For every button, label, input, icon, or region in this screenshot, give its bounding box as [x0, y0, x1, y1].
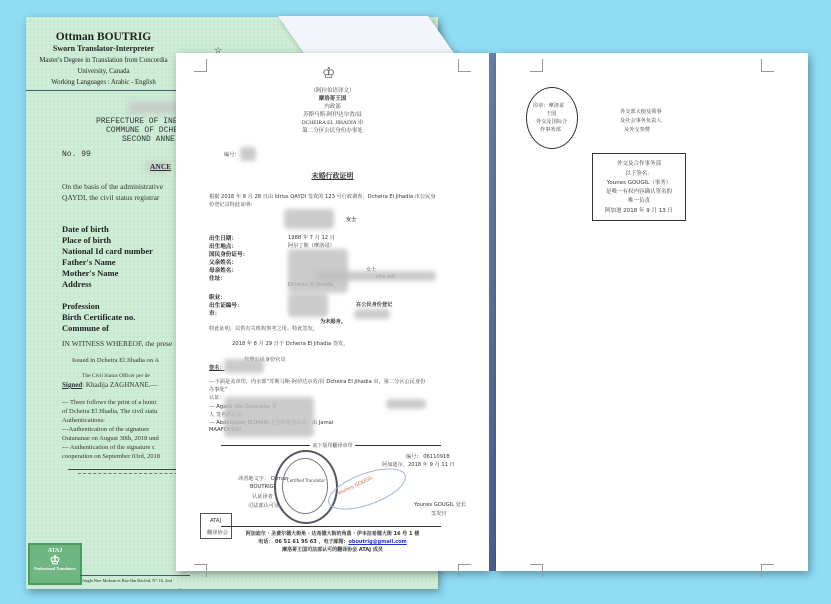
- crop-mark: [530, 59, 543, 72]
- note-line: 认证：: [209, 394, 225, 401]
- redacted-block: [354, 309, 390, 319]
- field-label: Father's Name: [62, 257, 116, 267]
- note-line: ---下面是盖章印，内水部“苏斯马斯-阿伊达尔省/县 Dcheira El Ji…: [209, 378, 425, 385]
- translator-name: Ottman BOUTRIG: [26, 31, 181, 43]
- translation-date: 阿加迪尔，2018 年 9 月 11 日: [382, 461, 455, 468]
- number-label: 编号：: [224, 151, 240, 158]
- name-suffix: 女士: [346, 216, 356, 223]
- intro-text-2: 份登记员特此证明：: [209, 201, 256, 208]
- box-line: 阿加迪 2018 年 9 月 13 日: [593, 206, 685, 214]
- seal-section-title-text: 底下版印翻译章印: [310, 443, 354, 449]
- header-line: 内政部: [176, 102, 489, 110]
- header-line: 苏斯马斯-阿伊达尔省/县: [176, 110, 489, 118]
- field-label: Date of birth: [62, 224, 109, 234]
- footer-phone-email: ☎ : 06 51 61 95 63 – E-mail : oboutrig@g…: [176, 588, 329, 589]
- footer-email-link[interactable]: oboutrig@gmail.com: [348, 539, 406, 545]
- translator-line: 司法部认可证: [248, 502, 279, 509]
- field-label: National Id card number: [62, 246, 153, 256]
- crown-emblem-icon: ♔: [322, 64, 335, 83]
- prefecture-line-2: COMMUNE OF DCHE: [106, 126, 178, 135]
- crop-mark: [458, 59, 471, 72]
- redacted-block: [288, 293, 328, 317]
- signed-line: Signed: Khadija ZAGHNANE.—: [62, 381, 157, 389]
- translator-line: BOUTRIG: [250, 484, 274, 490]
- crop-mark: [530, 564, 543, 577]
- ministry-line: 及外交参赞: [624, 126, 650, 133]
- note-line: cooperation on September 03rd, 2018: [62, 453, 160, 460]
- signer-name: Younes GOUGIL 处长: [414, 501, 466, 508]
- seal-inner-text: Certified Translator: [284, 478, 328, 483]
- translator-title: Sworn Translator-Interpreter: [26, 44, 181, 53]
- certificate-number: No. 99: [62, 150, 91, 159]
- crown-icon: ♔: [30, 554, 80, 566]
- box-line: 外交及合作事务部: [593, 159, 685, 167]
- degree-line-2: University, Canada: [26, 68, 181, 75]
- background-paper-corner: [278, 16, 456, 56]
- crop-mark: [194, 564, 207, 577]
- box-line: 唯一负责: [593, 196, 685, 204]
- header-line: DCHEIRA EL JIHADIA 市: [176, 118, 489, 126]
- footer-address: Angle Rue Mohsin et Rue Ibn Rachid, N° 1…: [82, 578, 172, 583]
- footer-rule: [221, 526, 441, 527]
- note-line: Authentications:: [62, 417, 105, 424]
- signed-name: : Khadija ZAGHNANE.—: [82, 381, 157, 389]
- note-line: --- There follows the print of a humi: [62, 399, 156, 406]
- header-line: 第二分区公民身份办事处: [176, 126, 489, 134]
- signed-label: 签名：: [209, 364, 225, 371]
- field-label: 父亲姓名：: [209, 258, 237, 266]
- field-value: 阿尔丁斯（摩洛哥）: [288, 242, 335, 249]
- translator-seal: Certified Translator: [274, 450, 338, 524]
- intro-text: 根据 2018 年 8 月 28 日由 Idriss QAYDI 签发的 123…: [209, 193, 436, 200]
- oval-line: 王国: [546, 110, 556, 117]
- signature-scribble: [323, 460, 411, 518]
- oval-line: 作事务部: [540, 126, 561, 133]
- document-title: 未婚行政证明: [176, 171, 489, 181]
- box-line: 是唯一有权内容确认签名的: [593, 187, 685, 195]
- prefecture-line-1: PREFECTURE OF INE: [96, 117, 178, 126]
- redacted-block: [240, 147, 256, 161]
- field-label: Profession: [62, 301, 100, 311]
- redacted-block: [316, 271, 436, 281]
- footer-address: 阿加迪尔 · 圣费尔德大街角 · 达希德大街的角落 · 伊本拉希德大街 16 号…: [176, 530, 489, 537]
- field-label: Birth Certificate no.: [62, 312, 135, 322]
- field-label: 市：: [209, 309, 220, 317]
- crop-mark: [761, 59, 774, 72]
- redacted-block: [224, 359, 264, 373]
- crop-mark: [761, 564, 774, 577]
- note-line: 办事处”: [209, 386, 227, 393]
- crop-mark: [458, 564, 471, 577]
- field-label: 出生证编号：: [209, 301, 243, 309]
- oval-line: 印章：摩洛哥: [533, 102, 564, 109]
- field-label: 出生地点：: [209, 242, 237, 250]
- signer-title: 签发官: [431, 510, 447, 517]
- officer-line: The Civil Status Officer per de: [82, 373, 150, 379]
- redacted-block: [224, 397, 314, 437]
- note-line: --- Authentication of the signature c: [62, 444, 155, 451]
- note-line: of Dcheira El Jihadia, The civil statu: [62, 408, 157, 415]
- field-label: Address: [62, 279, 92, 289]
- field-value: 1988 年 7 月 12 日: [288, 234, 335, 241]
- ministry-seal-oval: 印章：摩洛哥 王国 外交及国际合 作事务部: [526, 87, 578, 149]
- degree-line-1: Master's Degree in Translation from Conc…: [26, 57, 181, 64]
- ataj-stamp: ATAJ ♔ Professional Translators: [28, 543, 82, 585]
- page-divider: [489, 53, 496, 571]
- field-label: Place of birth: [62, 235, 111, 245]
- note-line: Outananae on August 30th, 2018 und: [62, 435, 159, 442]
- reference-number: 编号： 06110918: [406, 453, 450, 460]
- redacted-block: [284, 209, 334, 229]
- intro-line-1: On the basis of the administrative: [62, 182, 163, 191]
- box-line: 以下签名：: [593, 169, 685, 177]
- footer-phone: 电话： 06 51 61 95 63 ，电子邮箱：: [258, 539, 348, 545]
- marital-status: 为未婚身。: [320, 318, 346, 325]
- witness-line: IN WITNESS WHEREOF, the prese: [62, 339, 172, 348]
- document-title-fragment: ANCE: [150, 162, 171, 171]
- prefecture-line-3: SECOND ANNE: [122, 135, 175, 144]
- issued-line: Issued in Dcheira El Jihadia on A: [72, 357, 159, 364]
- field-label: 出生日期：: [209, 234, 237, 242]
- header-line: 摩洛哥王国: [176, 94, 489, 102]
- oval-line: 外交及国际合: [536, 118, 567, 125]
- working-languages: Working Languages : Arabic - English: [26, 79, 181, 86]
- field-label: Mother's Name: [62, 268, 118, 278]
- translator-line: 认证译者: [252, 493, 273, 500]
- issued-text: 2018 年 8 月 29 日于 Dcheira El Jihadia 签发。: [232, 340, 348, 347]
- header-rule: [26, 90, 196, 91]
- field-label: 住址：: [209, 274, 226, 282]
- ministry-line: 外交部大使及领事: [620, 108, 662, 115]
- chinese-translation-page-1: ♔ （阿拉伯语译文） 摩洛哥王国 内政部 苏斯马斯-阿伊达尔省/县 DCHEIR…: [176, 53, 489, 571]
- footer-contact: 电话： 06 51 61 95 63 ，电子邮箱：oboutrig@gmail.…: [176, 538, 489, 545]
- field-label: 国民身份证号：: [209, 250, 248, 258]
- certify-text: 特此证明，以供有关机构参考之用。特此签发。: [209, 325, 318, 332]
- ataj-box-line: ATAJ: [210, 518, 221, 524]
- footer-rule: [80, 575, 190, 576]
- chinese-translation-page-2: 印章：摩洛哥 王国 外交及国际合 作事务部 外交部大使及领事 及社会事务负责人 …: [496, 53, 808, 571]
- box-line: Younes GOUGIL（事务）: [593, 178, 685, 186]
- crop-mark: [194, 59, 207, 72]
- authentication-box: 外交及合作事务部 以下签名： Younes GOUGIL（事务） 是唯一有权内容…: [592, 153, 686, 221]
- ministry-line: 及社会事务负责人: [620, 117, 662, 124]
- signed-label: Signed: [62, 381, 82, 389]
- footer-member: 摩洛哥王国司法部认可的翻译协会 ATAJ 成员: [176, 546, 489, 553]
- field-label: 母亲姓名：: [209, 266, 237, 274]
- header-line: （阿拉伯语译文）: [176, 86, 489, 94]
- field-label: 职业：: [209, 293, 226, 301]
- redacted-block: [386, 399, 426, 409]
- stamp-sub-label: Professional Translators: [30, 566, 80, 571]
- field-label: Commune of: [62, 323, 109, 333]
- note-line: ---Authentication of the signature: [62, 426, 149, 433]
- registry-note: 在公民身份登记: [356, 301, 392, 308]
- seal-section-title: 底下版印翻译章印: [176, 442, 489, 449]
- intro-line-2: QAYDI, the civil status registrar: [62, 193, 159, 202]
